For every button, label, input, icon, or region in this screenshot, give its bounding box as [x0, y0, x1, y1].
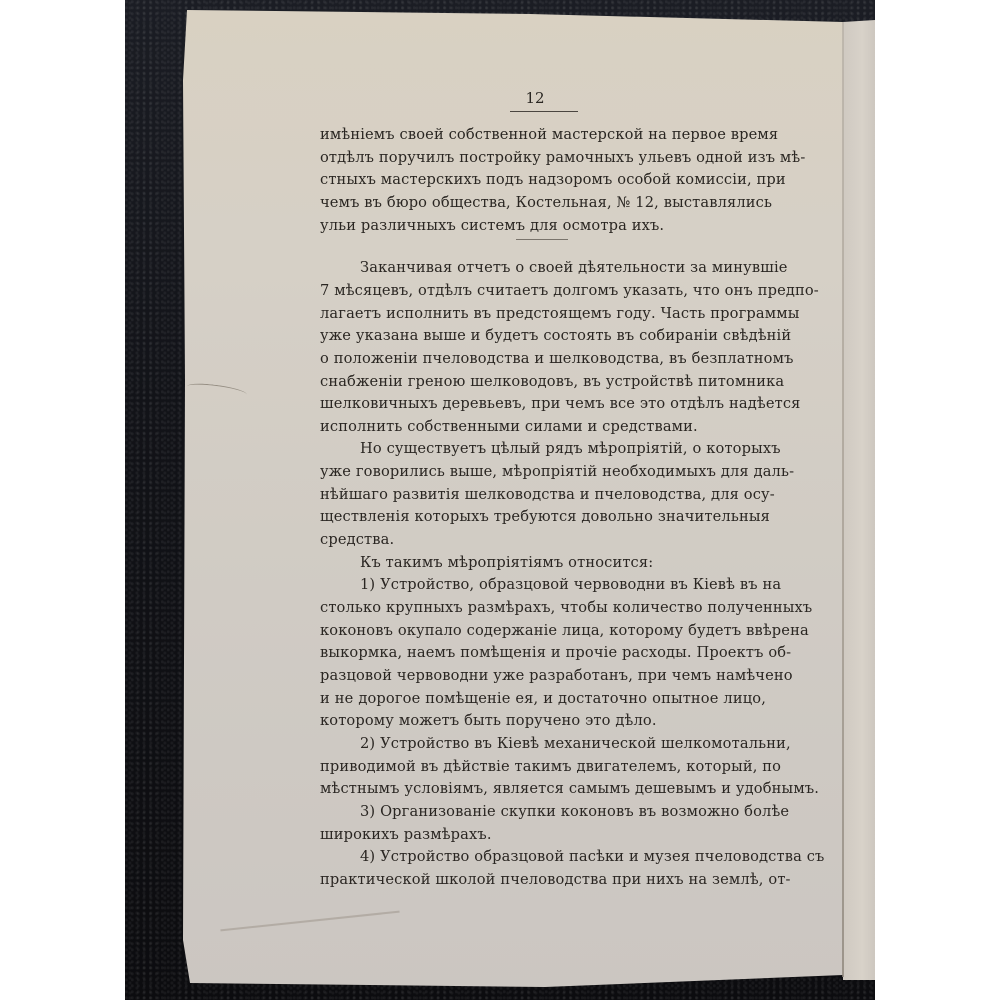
right-margin-blank: [875, 0, 1000, 1000]
adjacent-page-edge: [843, 20, 875, 980]
text-line: 3) Организованіе скупки коконовъ въ возм…: [360, 801, 766, 823]
section-separator: [516, 239, 568, 240]
text-line: столько крупныхъ размѣрахъ, чтобы количе…: [320, 597, 766, 619]
text-line: 7 мѣсяцевъ, отдѣлъ считаетъ долгомъ указ…: [320, 280, 766, 302]
text-line: снабженіи греною шелководовъ, въ устройс…: [320, 371, 766, 393]
text-line: лагаетъ исполнить въ предстоящемъ году. …: [320, 303, 766, 325]
text-line: разцовой червоводни уже разработанъ, при…: [320, 665, 766, 687]
text-line: о положеніи пчеловодства и шелководства,…: [320, 348, 766, 370]
text-line: уже указана выше и будетъ состоять въ со…: [320, 325, 766, 347]
text-line: Заканчивая отчетъ о своей дѣятельности з…: [360, 257, 766, 279]
text-line: Но существуетъ цѣлый рядъ мѣропріятій, о…: [360, 438, 766, 460]
page-fold: [842, 22, 844, 977]
text-line: приводимой въ дѣйствіе такимъ двигателем…: [320, 756, 766, 778]
text-line: чемъ въ бюро общества, Костельная, № 12,…: [320, 192, 766, 214]
text-line: исполнить собственными силами и средства…: [320, 416, 766, 438]
text-line: имѣніемъ своей собственной мастерской на…: [320, 124, 766, 146]
text-line: уже говорились выше, мѣропріятій необход…: [320, 461, 766, 483]
text-line: мѣстнымъ условіямъ, является самымъ деше…: [320, 778, 766, 800]
text-line: коконовъ окупало содержаніе лица, которо…: [320, 620, 766, 642]
text-line: практической школой пчеловодства при них…: [320, 869, 766, 891]
text-line: Къ такимъ мѣропріятіямъ относится:: [360, 552, 766, 574]
left-margin-blank: [0, 0, 125, 1000]
text-line: 2) Устройство въ Кіевѣ механической шелк…: [360, 733, 766, 755]
text-line: стныхъ мастерскихъ подъ надзоромъ особой…: [320, 169, 766, 191]
text-line: широкихъ размѣрахъ.: [320, 824, 766, 846]
book-photo: 12 имѣніемъ своей собственной мастерской…: [125, 0, 875, 1000]
text-line: 4) Устройство образцовой пасѣки и музея …: [360, 846, 766, 868]
text-line: средства.: [320, 529, 766, 551]
text-line: выкормка, наемъ помѣщенія и прочіе расхо…: [320, 642, 766, 664]
text-line: отдѣлъ поручилъ постройку рамочныхъ улье…: [320, 147, 766, 169]
text-line: ульи различныхъ системъ для осмотра ихъ.: [320, 215, 766, 237]
text-line: ществленія которыхъ требуются довольно з…: [320, 506, 766, 528]
text-line: и не дорогое помѣщеніе ея, и достаточно …: [320, 688, 766, 710]
text-line: 1) Устройство, образцовой червоводни въ …: [360, 574, 766, 596]
page-number-rule: [510, 111, 578, 112]
text-line: которому можетъ быть поручено это дѣло.: [320, 710, 766, 732]
text-line: шелковичныхъ деревьевъ, при чемъ все это…: [320, 393, 766, 415]
page-number: 12: [520, 89, 550, 107]
text-line: нѣйшаго развитія шелководства и пчеловод…: [320, 484, 766, 506]
